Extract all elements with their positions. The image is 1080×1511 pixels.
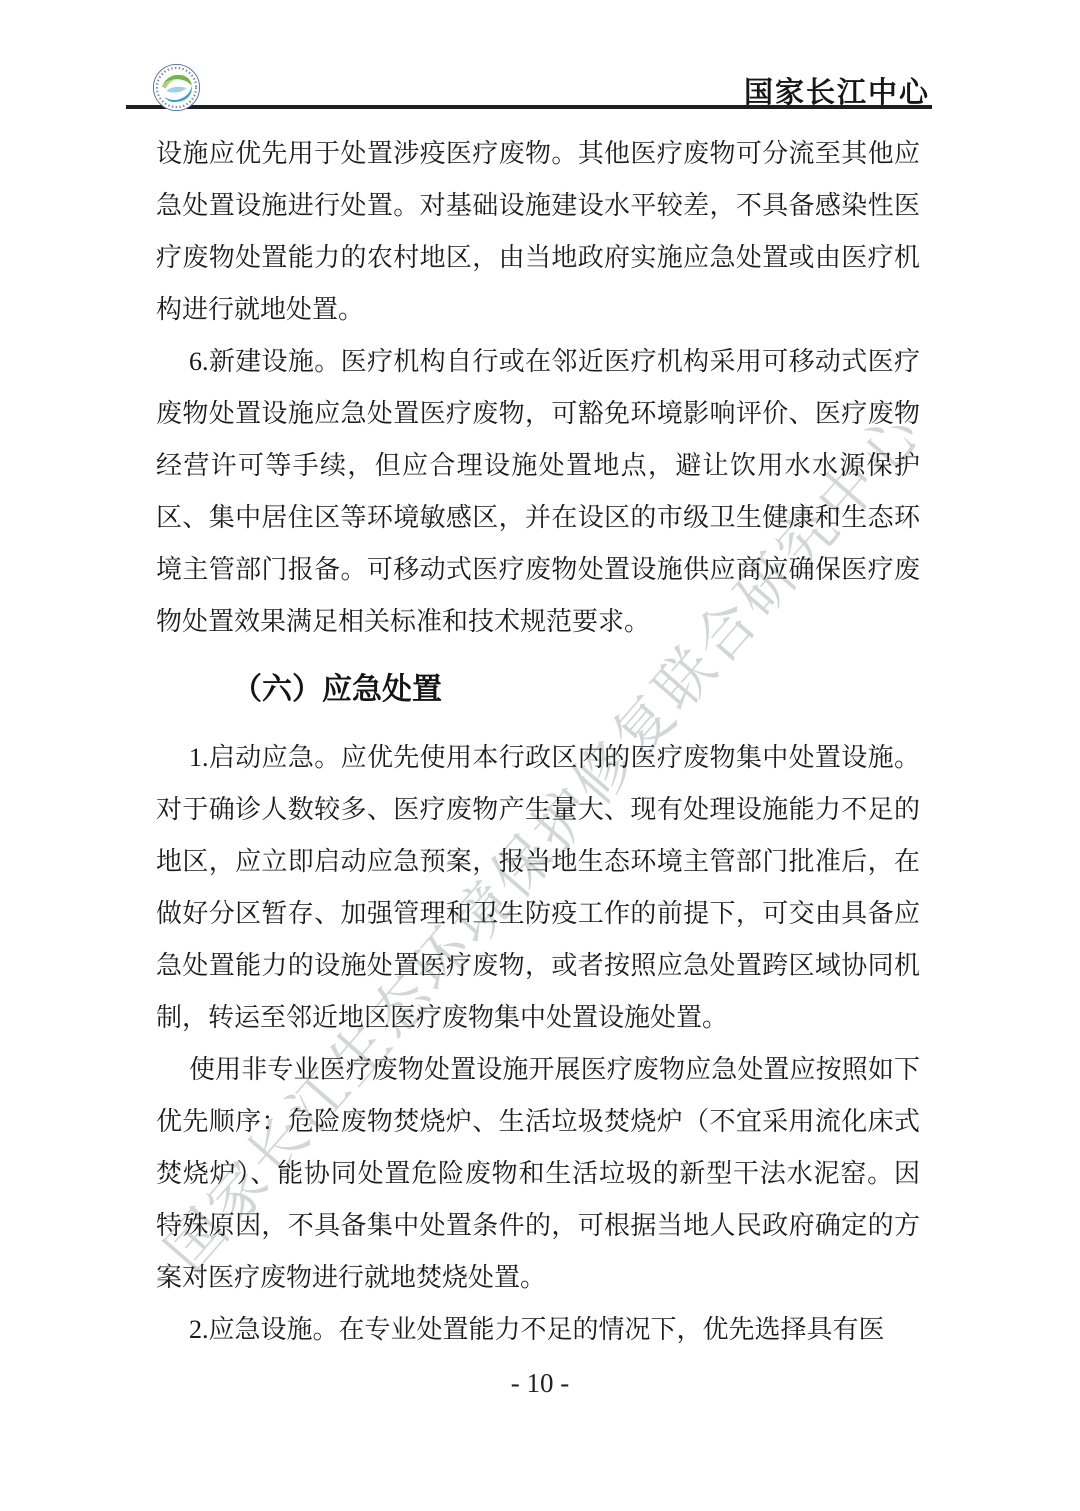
header-org-name: 国家长江中心 xyxy=(744,70,930,111)
paragraph: 使用非专业医疗废物处置设施开展医疗废物应急处置应按照如下优先顺序：危险废物焚烧炉… xyxy=(156,1044,920,1304)
document-body: 设施应优先用于处置涉疫医疗废物。其他医疗废物可分流至其他应急处置设施进行处置。对… xyxy=(156,128,920,1356)
paragraph: 6.新建设施。医疗机构自行或在邻近医疗机构采用可移动式医疗废物处置设施应急处置医… xyxy=(156,336,920,648)
paragraph: 1.启动应急。应优先使用本行政区内的医疗废物集中处置设施。对于确诊人数较多、医疗… xyxy=(156,732,920,1044)
document-page: 国家长江中心 国家长江生态环境保护修复联合研究中心 设施应优先用于处置涉疫医疗废… xyxy=(0,0,1080,1511)
page-number: - 10 - xyxy=(0,1368,1080,1399)
org-logo-icon xyxy=(152,63,201,112)
paragraph: 2.应急设施。在专业处置能力不足的情况下，优先选择具有医 xyxy=(156,1304,920,1356)
section-heading: （六）应急处置 xyxy=(156,664,920,716)
paragraph: 设施应优先用于处置涉疫医疗废物。其他医疗废物可分流至其他应急处置设施进行处置。对… xyxy=(156,128,920,336)
